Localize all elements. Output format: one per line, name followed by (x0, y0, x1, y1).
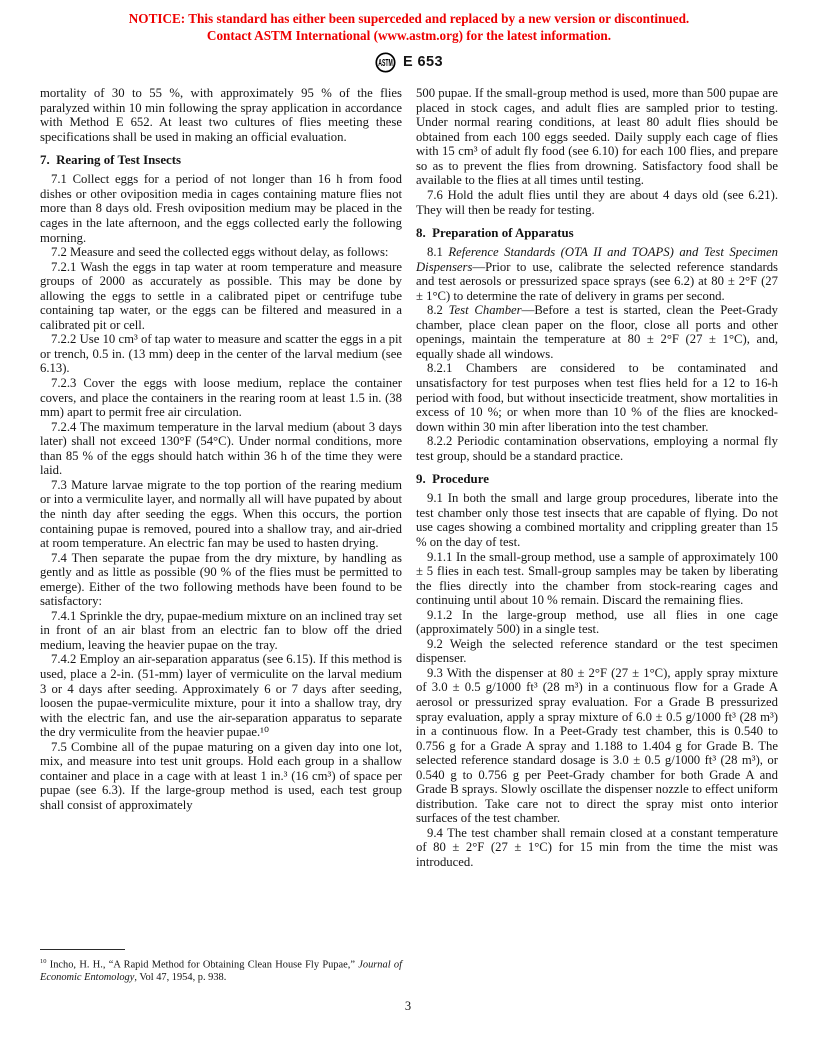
paragraph-8-2-2: 8.2.2 Periodic contamination observation… (416, 434, 778, 463)
paragraph-7-2-1: 7.2.1 Wash the eggs in tap water at room… (40, 260, 402, 333)
paragraph-8-1: 8.1 Reference Standards (OTA II and TOAP… (416, 245, 778, 303)
right-column: 500 pupae. If the small-group method is … (416, 86, 778, 989)
paragraph-7-2-4: 7.2.4 The maximum temperature in the lar… (40, 420, 402, 478)
paragraph-9-4: 9.4 The test chamber shall remain closed… (416, 826, 778, 870)
paragraph-9-1: 9.1 In both the small and large group pr… (416, 491, 778, 549)
page-number: 3 (0, 999, 816, 1014)
paragraph-7-2: 7.2 Measure and seed the collected eggs … (40, 245, 402, 260)
paragraph-7-1: 7.1 Collect eggs for a period of not lon… (40, 172, 402, 245)
paragraph-continuation-left: mortality of 30 to 55 %, with approximat… (40, 86, 402, 144)
two-column-body: mortality of 30 to 55 %, with approximat… (40, 86, 778, 989)
standard-designation: E 653 (403, 54, 443, 70)
left-column: mortality of 30 to 55 %, with approximat… (40, 86, 402, 989)
paragraph-9-1-2: 9.1.2 In the large-group method, use all… (416, 608, 778, 637)
astm-logo-text: ASTM (378, 58, 393, 69)
paragraph-8-2: 8.2 Test Chamber—Before a test is starte… (416, 303, 778, 361)
notice-banner: NOTICE: This standard has either been su… (40, 11, 778, 44)
section-8-heading: 8. Preparation of Apparatus (416, 226, 778, 241)
standard-header: ASTM E 653 (40, 51, 778, 73)
notice-line-1: NOTICE: This standard has either been su… (40, 11, 778, 28)
footnote-block: 10 Incho, H. H., “A Rapid Method for Obt… (40, 949, 402, 989)
paragraph-7-6: 7.6 Hold the adult flies until they are … (416, 188, 778, 217)
footnote-10: 10 Incho, H. H., “A Rapid Method for Obt… (40, 956, 402, 985)
paragraph-9-1-1: 9.1.1 In the small-group method, use a s… (416, 550, 778, 608)
paragraph-8-1-number: 8.1 (427, 245, 448, 259)
paragraph-7-2-2: 7.2.2 Use 10 cm³ of tap water to measure… (40, 332, 402, 376)
astm-logo-icon: ASTM (375, 52, 396, 73)
paragraph-7-4-2: 7.4.2 Employ an air-separation apparatus… (40, 652, 402, 739)
notice-line-2: Contact ASTM International (www.astm.org… (40, 28, 778, 45)
paragraph-7-4-1: 7.4.1 Sprinkle the dry, pupae-medium mix… (40, 609, 402, 653)
section-9-heading: 9. Procedure (416, 472, 778, 487)
paragraph-7-4: 7.4 Then separate the pupae from the dry… (40, 551, 402, 609)
paragraph-8-2-1: 8.2.1 Chambers are considered to be cont… (416, 361, 778, 434)
paragraph-continuation-right: 500 pupae. If the small-group method is … (416, 86, 778, 188)
section-7-heading: 7. Rearing of Test Insects (40, 153, 402, 168)
paragraph-7-3: 7.3 Mature larvae migrate to the top por… (40, 478, 402, 551)
paragraph-7-5: 7.5 Combine all of the pupae maturing on… (40, 740, 402, 813)
document-page: NOTICE: This standard has either been su… (0, 0, 816, 1056)
paragraph-9-2: 9.2 Weigh the selected reference standar… (416, 637, 778, 666)
footnote-rule (40, 949, 125, 950)
footnote-citation-tail: , Vol 47, 1954, p. 938. (134, 972, 226, 983)
paragraph-9-3: 9.3 With the dispenser at 80 ± 2°F (27 ±… (416, 666, 778, 826)
paragraph-7-2-3: 7.2.3 Cover the eggs with loose medium, … (40, 376, 402, 420)
paragraph-8-2-number: 8.2 (427, 303, 449, 317)
paragraph-8-2-title: Test Chamber (449, 303, 522, 317)
footnote-text: Incho, H. H., “A Rapid Method for Obtain… (46, 960, 358, 971)
